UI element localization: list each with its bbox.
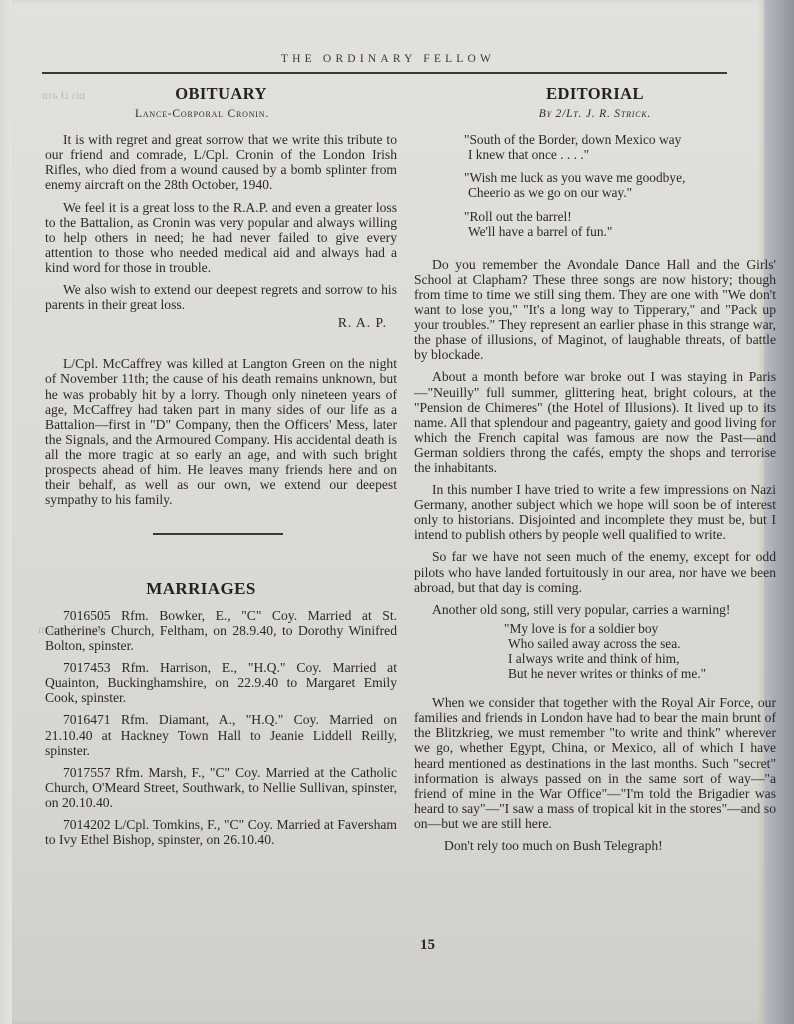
marriages-list: 7016505 Rfm. Bowker, E., "C" Coy. Marrie… (45, 602, 397, 847)
running-head: THE ORDINARY FELLOW (12, 53, 764, 65)
editorial-paragraph: When we consider that together with the … (414, 695, 776, 831)
backdrop-left (0, 0, 12, 1024)
editorial-paragraph: So far we have not seen much of the enem… (414, 549, 776, 594)
poem-line: Who sailed away across the sea. (504, 636, 776, 651)
song-quote: "Wish me luck as you wave me goodbye, Ch… (464, 170, 776, 200)
marriage-entry: 7017453 Rfm. Harrison, E., "H.Q." Coy. M… (45, 660, 397, 705)
song-quote: "Roll out the barrel! We'll have a barre… (464, 209, 776, 239)
obituary-signature: R. A. P. (45, 315, 397, 330)
editorial-title: EDITORIAL (414, 86, 776, 101)
editorial-paragraph: Do you remember the Avondale Dance Hall … (414, 257, 776, 363)
editorial-paragraph: In this number I have tried to write a f… (414, 482, 776, 542)
song-line: I knew that once . . . ." (464, 147, 776, 162)
magazine-page: THE ORDINARY FELLOW ɒiɿ ıɈ ǝɿɒ ɘʞɿiʜT .ʜ… (12, 0, 764, 1024)
obituary-title: OBITUARY (45, 86, 397, 101)
song-line: We'll have a barrel of fun." (464, 224, 776, 239)
obituary-second-notice: L/Cpl. McCaffrey was killed at Langton G… (45, 356, 397, 507)
editorial-paragraph: About a month before war broke out I was… (414, 369, 776, 475)
song-line: "Roll out the barrel! (464, 209, 776, 224)
marriage-entry: 7016505 Rfm. Bowker, E., "C" Coy. Marrie… (45, 608, 397, 653)
marriage-entry: 7017557 Rfm. Marsh, F., "C" Coy. Married… (45, 765, 397, 810)
marriages-title: MARRIAGES (45, 581, 397, 596)
left-column: OBITUARY Lance-Corporal Cronin. It is wi… (45, 86, 397, 854)
marriage-entry: 7016471 Rfm. Diamant, A., "H.Q." Coy. Ma… (45, 712, 397, 757)
header-rule (42, 72, 727, 74)
song-line: "South of the Border, down Mexico way (464, 132, 776, 147)
song-line: Cheerio as we go on our way." (464, 185, 776, 200)
poem-line: I always write and think of him, (504, 651, 776, 666)
obituary-paragraph: It is with regret and great sorrow that … (45, 132, 397, 192)
right-column: EDITORIAL By 2/Lt. J. R. Strick. "South … (414, 86, 776, 860)
marriage-entry: 7014202 L/Cpl. Tomkins, F., "C" Coy. Mar… (45, 817, 397, 847)
page-number: 15 (420, 937, 435, 954)
editorial-closing-line: Don't rely too much on Bush Telegraph! (414, 838, 776, 853)
obituary-paragraph: We also wish to extend our deepest regre… (45, 282, 397, 312)
poem-line: But he never writes or thinks of me." (504, 666, 776, 681)
song-line: "Wish me luck as you wave me goodbye, (464, 170, 776, 185)
poem-quote: "My love is for a soldier boy Who sailed… (504, 621, 776, 681)
obituary-subject: Lance-Corporal Cronin. (45, 107, 397, 122)
editorial-byline: By 2/Lt. J. R. Strick. (414, 107, 776, 122)
obituary-paragraph: We feel it is a great loss to the R.A.P.… (45, 200, 397, 275)
section-divider (153, 533, 283, 535)
editorial-paragraph: Another old song, still very popular, ca… (414, 602, 776, 617)
song-quote: "South of the Border, down Mexico way I … (464, 132, 776, 162)
poem-line: "My love is for a soldier boy (504, 621, 776, 636)
